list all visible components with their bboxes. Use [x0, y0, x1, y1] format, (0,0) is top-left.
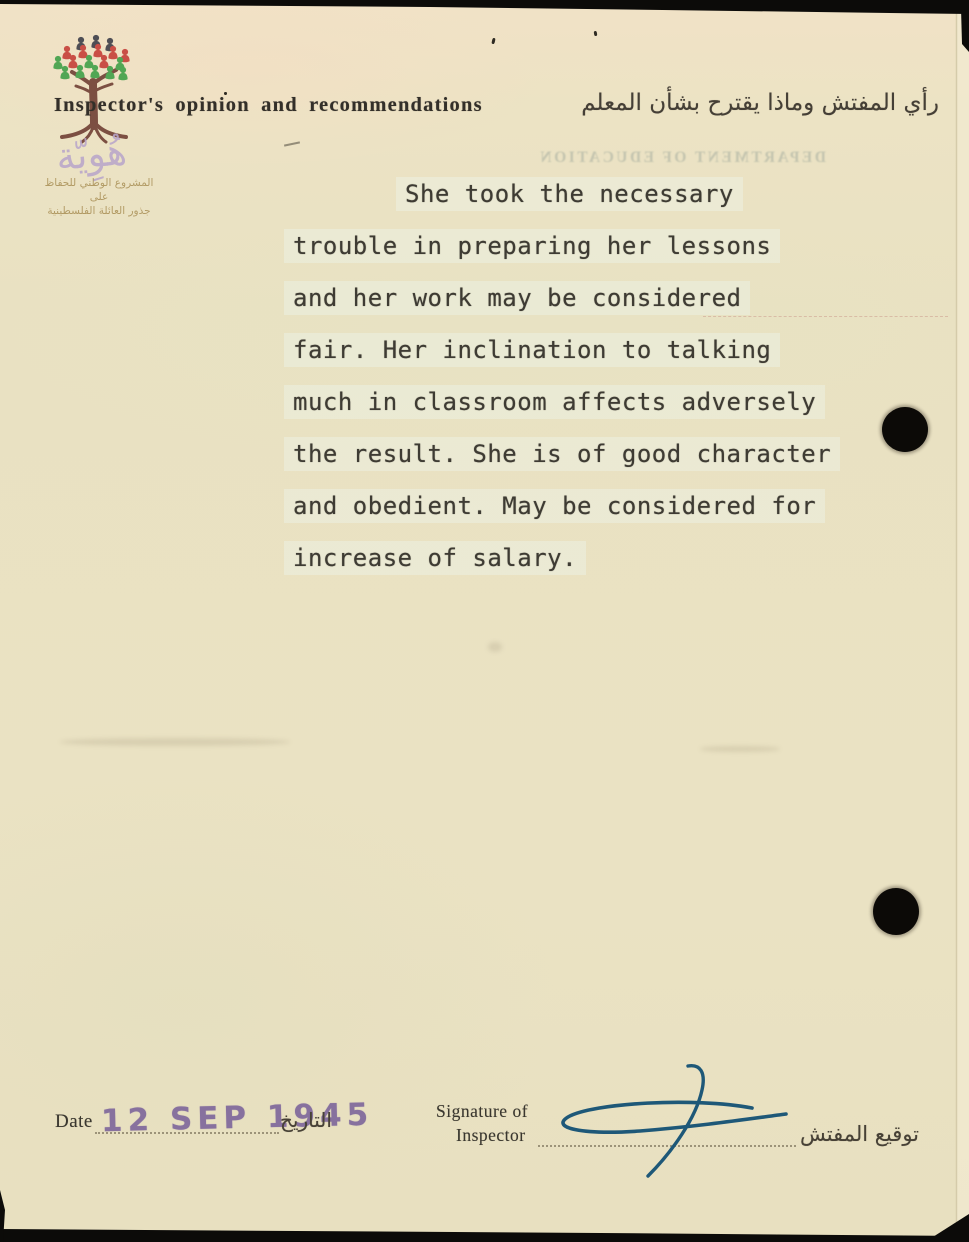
signature-loop-stroke	[563, 1102, 786, 1132]
bleed-through-smudge	[700, 746, 780, 752]
header-title-arabic: رأي المفتش وماذا يقترح بشأن المعلم	[581, 90, 939, 116]
report-line: and her work may be considered	[284, 281, 750, 315]
signature-label-line2: Inspector	[456, 1125, 526, 1146]
report-line: much in classroom affects adversely	[284, 385, 825, 419]
huwiyya-calligraphy: هُوِيّة	[54, 129, 128, 179]
date-label-arabic: التاريخ	[280, 1108, 332, 1132]
tree-people-canopy	[53, 35, 129, 80]
huwiyya-tagline-line1: المشروع الوطني للحفاظ على	[38, 176, 160, 204]
huwiyya-tagline-line2: جذور العائلة الفلسطينية	[38, 204, 160, 218]
signature-label-arabic: توقيع المفتش	[800, 1122, 919, 1146]
ink-squiggle	[284, 141, 300, 146]
punch-hole	[873, 888, 919, 935]
huwiyya-tree-logo-icon	[46, 34, 142, 146]
bleed-through-text: DEPARTMENT OF EDUCATION	[594, 149, 826, 167]
signature-label-line1: Signature of	[436, 1101, 528, 1122]
ink-speck	[594, 31, 598, 36]
bleed-through-smudge	[60, 738, 290, 746]
huwiyya-tagline: المشروع الوطني للحفاظ على جذور العائلة ا…	[38, 176, 160, 218]
report-line: She took the necessary	[396, 177, 743, 211]
date-label: Date	[55, 1111, 93, 1133]
ink-speck	[224, 92, 227, 95]
report-line: the result. She is of good character	[284, 437, 840, 471]
scanned-document-page: هُوِيّة المشروع الوطني للحفاظ على جذور ا…	[0, 0, 969, 1242]
signature-diagonal-stroke	[648, 1066, 703, 1176]
report-line: and obedient. May be considered for	[284, 489, 825, 523]
bleed-through-rule	[703, 316, 948, 317]
report-line: fair. Her inclination to talking	[284, 333, 780, 367]
report-line: increase of salary.	[284, 541, 586, 575]
punch-hole	[882, 407, 928, 452]
report-line: trouble in preparing her lessons	[284, 229, 780, 263]
bleed-through-smudge	[488, 642, 502, 652]
date-stamp: 12 SEP 1945	[101, 1097, 374, 1140]
header-title-english: Inspector's opinion and recommendations	[54, 94, 483, 117]
ink-speck	[491, 38, 495, 45]
inspector-signature	[540, 1060, 800, 1185]
